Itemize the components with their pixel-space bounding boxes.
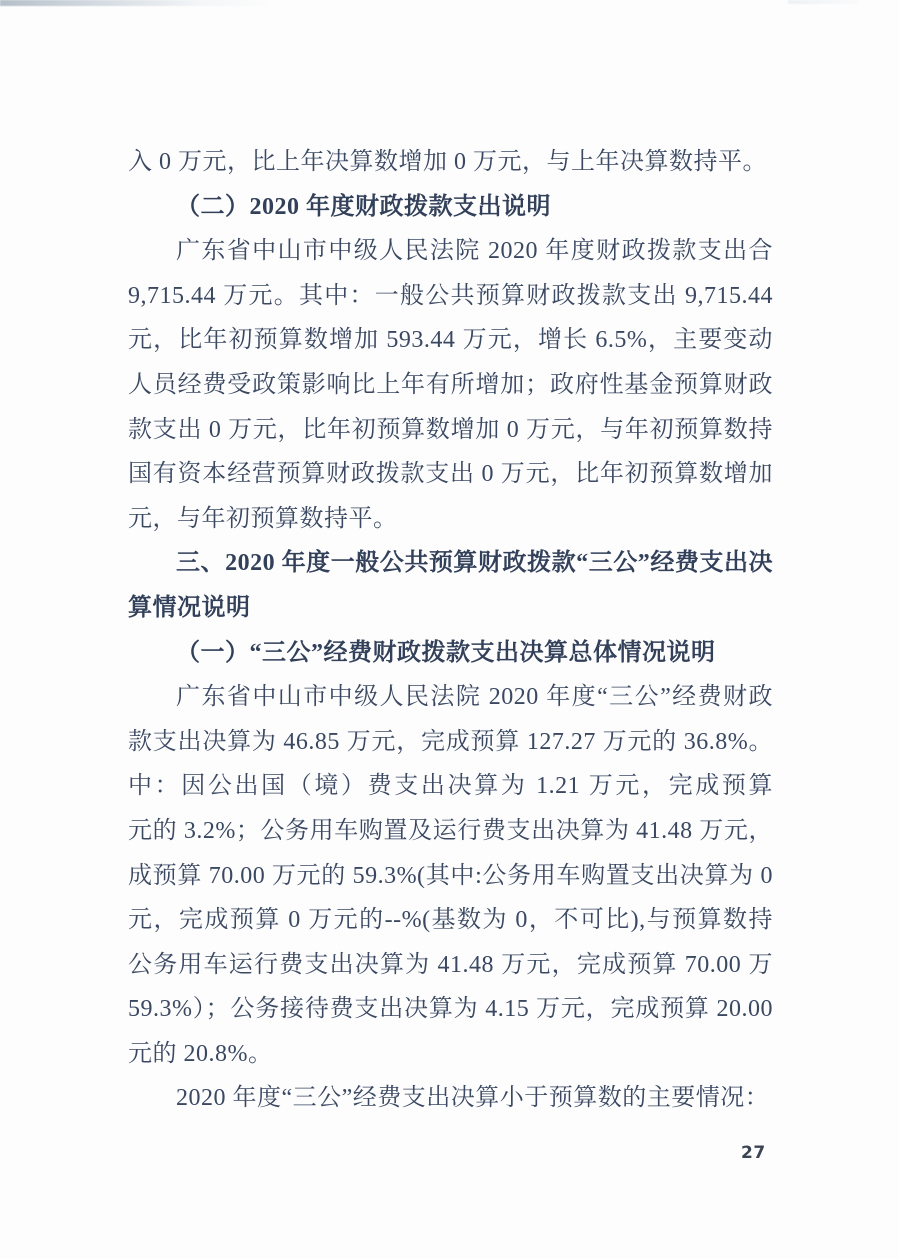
text-line: 款支出 0 万元，比年初预算数增加 0 万元，与年初预算数持平； <box>128 408 773 453</box>
text-line: 2020 年度“三公”经费支出决算小于预算数的主要情况： <box>128 1076 773 1121</box>
text-line: 中：因公出国（境）费支出决算为 1.21 万元，完成预算 37.27 万 <box>128 764 773 809</box>
text-line: 广东省中山市中级人民法院 2020 年度财政拨款支出合计 <box>128 229 773 274</box>
text-line: 成预算 70.00 万元的 59.3%(其中:公务用车购置支出决算为 0 万 <box>128 854 773 899</box>
text-line: 元，与年初预算数持平。 <box>128 497 773 542</box>
text-line: （二）2020 年度财政拨款支出说明 <box>128 185 773 230</box>
text-line: 元的 3.2%；公务用车购置及运行费支出决算为 41.48 万元，完 <box>128 809 773 854</box>
text-line: 入 0 万元，比上年决算数增加 0 万元，与上年决算数持平。 <box>128 140 773 185</box>
text-line: 公务用车运行费支出决算为 41.48 万元，完成预算 70.00 万元的 <box>128 943 773 988</box>
text-line: 59.3%）；公务接待费支出决算为 4.15 万元，完成预算 20.00 万 <box>128 987 773 1032</box>
document-text-block: 入 0 万元，比上年决算数增加 0 万元，与上年决算数持平。（二）2020 年度… <box>128 140 773 1121</box>
text-line: 元，比年初预算数增加 593.44 万元，增长 6.5%，主要变动情况： <box>128 318 773 363</box>
text-line: 9,715.44 万元。其中：一般公共预算财政拨款支出 9,715.44 万 <box>128 274 773 319</box>
text-line: 人员经费受政策影响比上年有所增加；政府性基金预算财政拨 <box>128 363 773 408</box>
scan-artifact-top-right <box>788 0 858 4</box>
text-line: 算情况说明 <box>128 586 773 631</box>
text-line: 广东省中山市中级人民法院 2020 年度“三公”经费财政拨 <box>128 675 773 720</box>
scan-artifact-top-left <box>0 0 268 6</box>
page-number: 27 <box>741 1143 766 1163</box>
text-line: 元的 20.8%。 <box>128 1032 773 1077</box>
text-line: 国有资本经营预算财政拨款支出 0 万元，比年初预算数增加 0 万 <box>128 452 773 497</box>
text-line: 款支出决算为 46.85 万元，完成预算 127.27 万元的 36.8%。其 <box>128 720 773 765</box>
scanned-document-page: 入 0 万元，比上年决算数增加 0 万元，与上年决算数持平。（二）2020 年度… <box>0 0 899 1259</box>
text-line: （一）“三公”经费财政拨款支出决算总体情况说明 <box>128 631 773 676</box>
text-line: 三、2020 年度一般公共预算财政拨款“三公”经费支出决 <box>128 541 773 586</box>
text-line: 元，完成预算 0 万元的--%(基数为 0，不可比),与预算数持平； <box>128 898 773 943</box>
